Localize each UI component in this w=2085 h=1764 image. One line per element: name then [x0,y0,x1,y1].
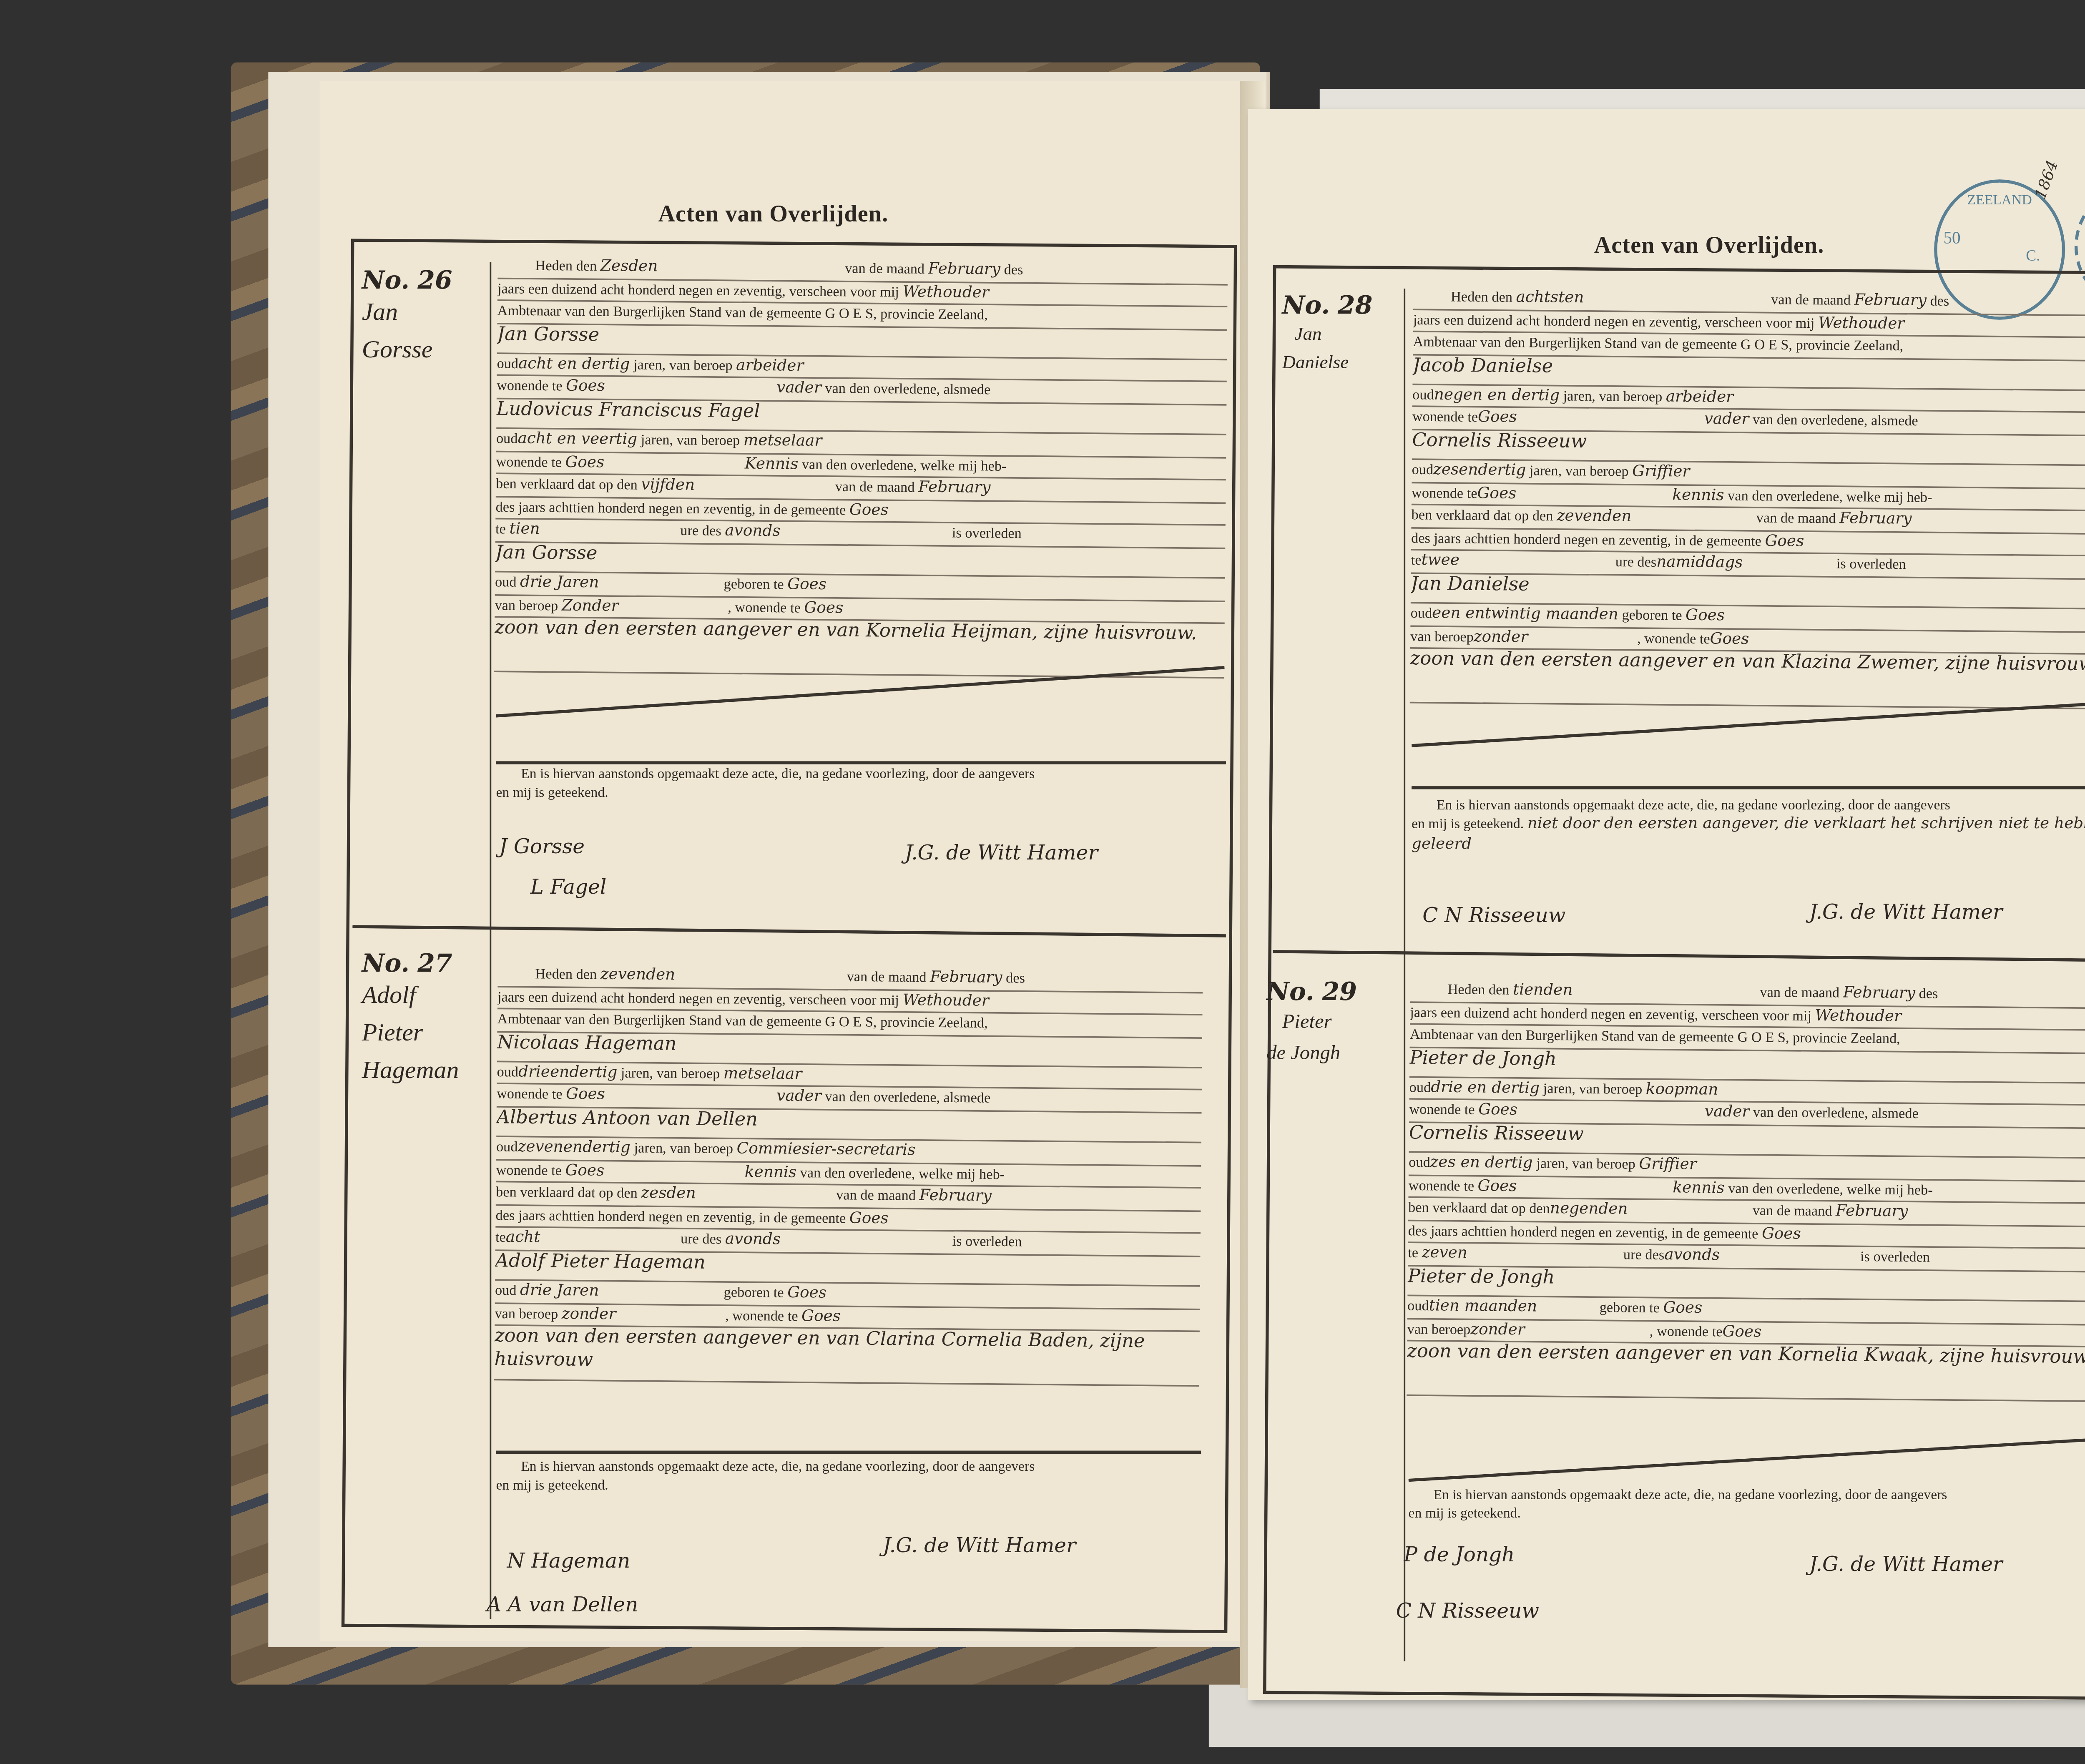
entry-29-signature-2: C N Risseeuw [1396,1601,1539,1624]
entry-28-closing: En is hiervan aanstonds opgemaakt deze a… [1412,796,2085,855]
entry-27-signature-1: N Hageman [507,1550,631,1574]
entry-27-body: Heden den zevendenvan de maand February … [494,964,1203,1387]
entry-26-closing-rule [496,761,1226,764]
entry-29-margin: No. 29 Pieter de Jongh [1266,976,1357,1068]
entry-28-signature-1: C N Risseeuw [1422,905,1565,928]
entry-26-closing: En is hiervan aanstonds opgemaakt deze a… [496,764,1229,802]
entry-28-body: Heden den achtstenvan de maand February … [1410,287,2085,710]
entry-29-signature-official: J.G. de Witt Hamer [1809,1553,2002,1577]
page-heading-right: Acten van Overlijden. [1594,234,1824,261]
entry-27-closing: En is hiervan aanstonds opgemaakt deze a… [496,1457,1201,1495]
entry-28-closing-rule [1412,786,2085,789]
entry-28-margin: No. 28 Jan Danielse [1282,290,1373,376]
entry-26-margin: No. 26 Jan Gorsse [362,265,452,370]
scan-stage: van het jaar ldags nt, oud etien dagen r… [0,0,2085,1764]
entry-27-closing-rule [496,1451,1201,1453]
entry-27-margin: No. 27 Adolf Pieter Hageman [362,948,459,1090]
left-margin-divider [490,262,491,1619]
entry-27-signature-2: A A van Dellen [487,1594,638,1618]
entry-29-body: Heden den tiendenvan de maand February d… [1407,980,2085,1402]
entry-29-closing: En is hiervan aanstonds opgemaakt deze a… [1409,1485,2085,1523]
entry-26-signature-2: L Fagel [530,877,607,900]
entry-29-signature-1: P de Jongh [1404,1544,1515,1568]
entry-28-signature-official: J.G. de Witt Hamer [1809,902,2002,925]
page-heading-left: Acten van Overlijden. [658,203,888,229]
entry-26-signature-official: J.G. de Witt Hamer [904,842,1098,866]
entry-27-signature-official: J.G. de Witt Hamer [883,1535,1076,1558]
entry-26-signature-1: J Gorsse [499,836,585,859]
right-margin-divider [1404,289,1405,1661]
entry-26-body: Heden den Zesdenvan de maand February de… [494,256,1228,678]
